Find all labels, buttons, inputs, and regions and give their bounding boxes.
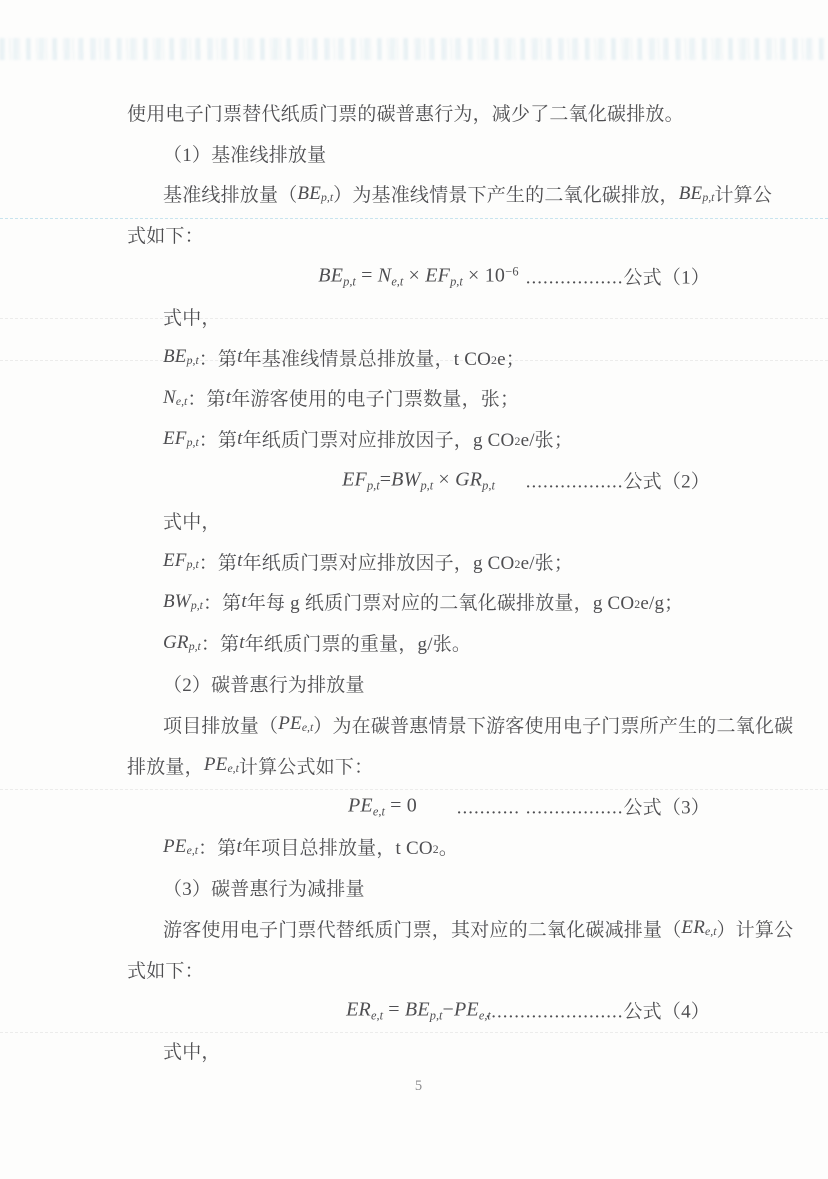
formula-line-3: PEe,t = 0 ........... .................公… xyxy=(127,786,710,827)
formula-tail: ........................公式（4） xyxy=(485,996,710,1023)
dot-leader: ................. xyxy=(526,267,624,289)
paragraph-reduction-intro: 游客使用电子门票代替纸质门票，其对应的二氧化碳减排量（ERe,t）计算公 xyxy=(127,908,710,949)
paragraph-continuation: 使用电子门票替代纸质门票的碳普惠行为，减少了二氧化碳排放。 xyxy=(127,92,710,133)
paragraph-where: 式中， xyxy=(127,296,710,337)
variable-definition-BE: BEp,t：第 t 年基准线情景总排放量，t CO2e； xyxy=(127,337,710,378)
formula-label: 公式（2） xyxy=(623,466,710,493)
document-body: 使用电子门票替代纸质门票的碳普惠行为，减少了二氧化碳排放。 （1）基准线排放量 … xyxy=(0,0,828,1179)
formula-tail: .................公式（1） xyxy=(526,262,710,289)
dot-leader: ........................ xyxy=(485,1001,623,1023)
paragraph-where: 式中， xyxy=(127,1030,710,1071)
formula-line-2: EFp,t=BWp,t × GRp,t .................公式（… xyxy=(127,459,710,500)
paragraph-project-emission: 项目排放量（PEe,t）为在碳普惠情景下游客使用电子门票所产生的二氧化碳 xyxy=(127,704,710,745)
section-heading-3: （3）碳普惠行为减排量 xyxy=(127,867,710,908)
paragraph-continuation: 排放量，PEe,t计算公式如下： xyxy=(127,745,710,786)
formula-tail: ........... .................公式（3） xyxy=(457,792,710,819)
dot-leader: ........... ................. xyxy=(457,797,624,819)
dot-leader: ................. xyxy=(526,471,624,493)
formula-label: 公式（4） xyxy=(623,996,710,1023)
variable-definition-EF: EFp,t：第 t 年纸质门票对应排放因子，g CO2e/张； xyxy=(127,541,710,582)
formula-equation: ERe,t = BEp,t−PEe,t xyxy=(346,998,491,1021)
formula-equation: EFp,t=BWp,t × GRp,t xyxy=(342,468,495,491)
variable-definition-BW: BWp,t：第 t 年每 g 纸质门票对应的二氧化碳排放量，g CO2e/g； xyxy=(127,582,710,623)
variable-definition-N: Ne,t：第 t 年游客使用的电子门票数量，张； xyxy=(127,378,710,419)
section-heading-1: （1）基准线排放量 xyxy=(127,133,710,174)
formula-tail: .................公式（2） xyxy=(526,466,710,493)
formula-label: 公式（1） xyxy=(623,262,710,289)
scanned-document-page: { "colors":{ "text":"#4e4e51", "scan_art… xyxy=(0,0,828,1179)
variable-definition-PE: PEe,t：第 t 年项目总排放量，t CO2。 xyxy=(127,826,710,867)
paragraph-where: 式中， xyxy=(127,500,710,541)
formula-equation: BEp,t = Ne,t × EFp,t × 10−6 xyxy=(318,264,518,287)
paragraph-continuation: 式如下： xyxy=(127,214,710,255)
paragraph-continuation: 式如下： xyxy=(127,949,710,990)
paragraph-baseline-intro: 基准线排放量（BEp,t）为基准线情景下产生的二氧化碳排放，BEp,t计算公 xyxy=(127,174,710,215)
page-number: 5 xyxy=(127,1078,710,1095)
section-heading-2: （2）碳普惠行为排放量 xyxy=(127,663,710,704)
formula-equation: PEe,t = 0 xyxy=(348,794,417,817)
formula-line-4: ERe,t = BEp,t−PEe,t ....................… xyxy=(127,990,710,1031)
variable-definition-EF: EFp,t：第 t 年纸质门票对应排放因子，g CO2e/张； xyxy=(127,418,710,459)
formula-line-1: BEp,t = Ne,t × EFp,t × 10−6 ............… xyxy=(127,255,710,296)
formula-label: 公式（3） xyxy=(623,792,710,819)
variable-definition-GR: GRp,t：第 t 年纸质门票的重量，g/张。 xyxy=(127,622,710,663)
